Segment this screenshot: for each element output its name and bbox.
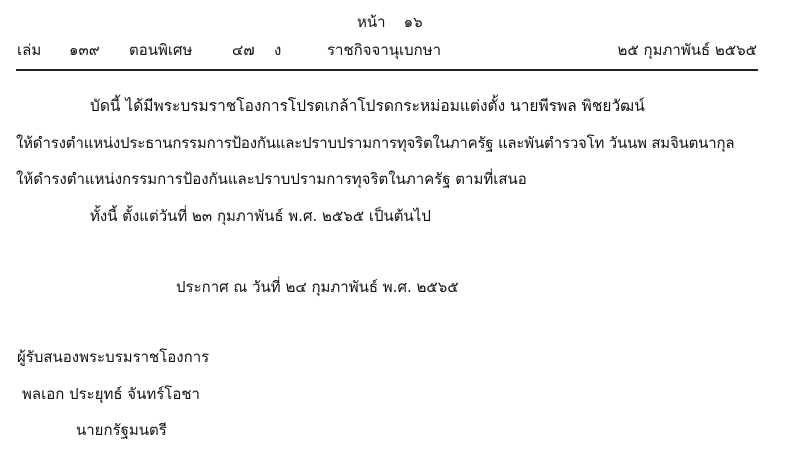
- section-label: ตอนพิเศษ: [129, 40, 192, 60]
- page-label: หน้า: [357, 13, 386, 31]
- body-paragraph-1: บัดนี้ ได้มีพระบรมราชโองการโปรดเกล้าโปรด…: [90, 96, 645, 116]
- announcement-date: ประกาศ ณ วันที่ ๒๔ กุมภาพันธ์ พ.ศ. ๒๕๖๕: [176, 277, 459, 297]
- signature-countersign: ผู้รับสนองพระบรมราชโองการ: [17, 347, 209, 367]
- page-number-header: หน้า๑๖: [357, 12, 423, 32]
- gazette-date: ๒๕ กุมภาพันธ์ ๒๕๖๕: [618, 40, 757, 60]
- signature-name: พลเอก ประยุทธ์ จันทร์โอชา: [22, 384, 200, 404]
- volume-number: ๑๓๙: [69, 40, 100, 60]
- page-number: ๑๖: [404, 13, 423, 31]
- body-paragraph-2: ให้ดำรงตำแหน่งประธานกรรมการป้องกันและปรา…: [16, 133, 734, 153]
- signature-title: นายกรัฐมนตรี: [76, 420, 167, 440]
- gazette-name: ราชกิจจานุเบกษา: [327, 40, 441, 60]
- section-suffix: ง: [274, 40, 281, 60]
- volume-label: เล่ม: [17, 40, 41, 60]
- body-paragraph-4: ทั้งนี้ ตั้งแต่วันที่ ๒๓ กุมภาพันธ์ พ.ศ.…: [90, 206, 431, 226]
- header-divider: [16, 69, 758, 71]
- body-paragraph-3: ให้ดำรงตำแหน่งกรรมการป้องกันและปราบปรามก…: [16, 169, 527, 189]
- section-number: ๔๗: [232, 40, 255, 60]
- gazette-header-row: เล่ม ๑๓๙ ตอนพิเศษ ๔๗ ง ราชกิจจานุเบกษา ๒…: [17, 40, 757, 60]
